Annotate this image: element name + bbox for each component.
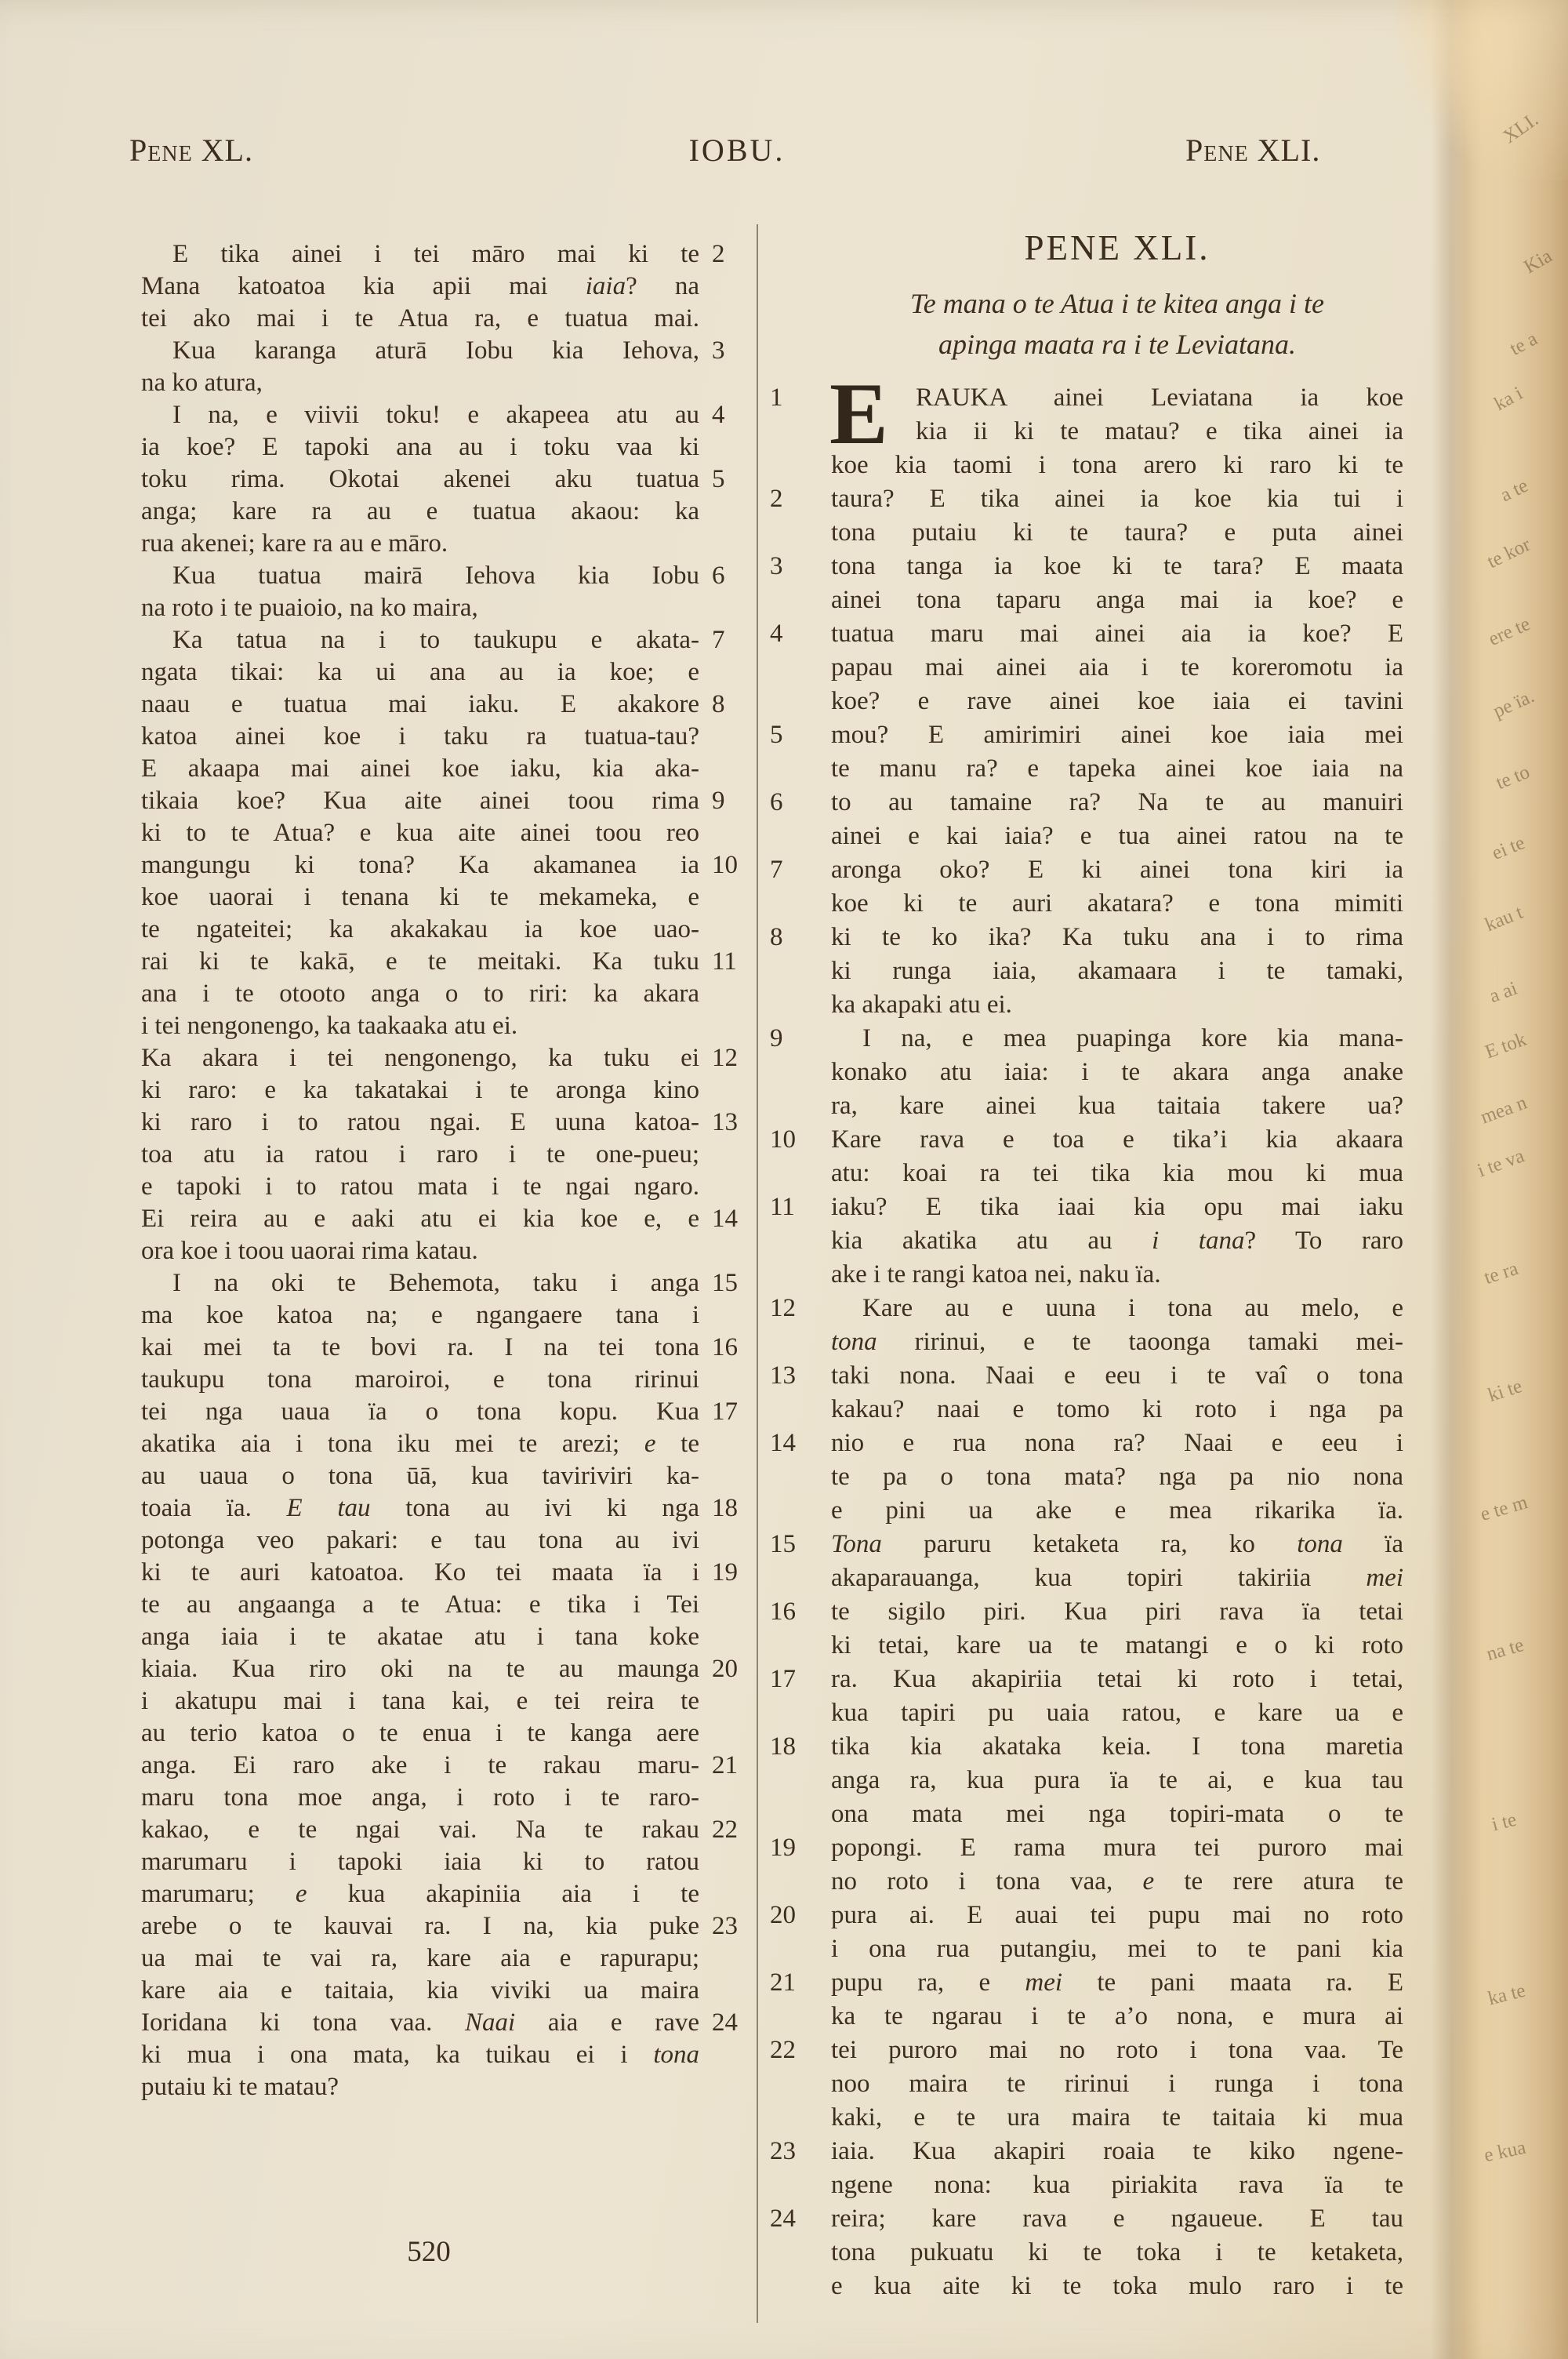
- verse-number: 14: [712, 1203, 756, 1235]
- line-text: kia ii ki te matau? e tika ainei ia: [916, 417, 1403, 445]
- line-text: ki tetai, kare ua te matangi e o ki roto: [831, 1631, 1403, 1659]
- line-text: ka akapaki atu ei.: [831, 990, 1012, 1019]
- line-text: e tapoki i to ratou mata i te ngai ngaro…: [141, 1172, 699, 1201]
- right-text-column: E RAUKA ainei Leviatana ia koe1kia ii ki…: [831, 381, 1403, 2303]
- line-text: Ioridana ki tona vaa. Naai aia e rave: [141, 2008, 699, 2037]
- text-line: ki te auri katoatoa. Ko tei maata ïa i19: [141, 1557, 699, 1589]
- text-line: anga. Ei raro ake i te rakau maru-21: [141, 1750, 699, 1782]
- line-text: ainei tona taparu anga mai ia koe? e: [831, 586, 1403, 614]
- text-line: katoa ainei koe i taku ra tuatua-tau?: [141, 721, 699, 753]
- verse-number: 5: [770, 718, 814, 752]
- text-line: ma koe katoa na; e ngangaere tana i: [141, 1299, 699, 1332]
- verse-number: 17: [712, 1396, 756, 1428]
- line-text: ki mua i ona mata, ka tuikau ei i tona: [141, 2041, 699, 2069]
- line-text: te manu ra? e tapeka ainei koe iaia na: [831, 754, 1403, 783]
- text-line: te pa o tona mata? nga pa nio nona: [831, 1460, 1403, 1494]
- verse-number: 14: [770, 1427, 814, 1460]
- left-text-column: E tika ainei i tei māro mai ki te2Mana k…: [141, 238, 699, 2103]
- line-text: ona mata mei nga topiri-mata o te: [831, 1800, 1403, 1828]
- line-text: tona ririnui, e te taoonga tamaki mei-: [831, 1328, 1403, 1356]
- line-text: na roto i te puaioio, na ko maira,: [141, 594, 478, 622]
- text-line: koe kia taomi i tona arero ki raro ki te: [831, 449, 1403, 482]
- verse-number: 1: [770, 381, 814, 415]
- text-line: i ona rua putangiu, mei to te pani kia: [831, 1932, 1403, 1966]
- line-text: akaparauanga, kua topiri takiriia mei: [831, 1564, 1403, 1592]
- text-line: koe uaorai i tenana ki te mekameka, e: [141, 881, 699, 914]
- line-text: tei ako mai i te Atua ra, e tuatua mai.: [141, 304, 699, 333]
- line-text: ra. Kua akapiriia tetai ki roto i tetai,: [831, 1665, 1403, 1693]
- text-line: ki tetai, kare ua te matangi e o ki roto: [831, 1629, 1403, 1663]
- text-line: E akaapa mai ainei koe iaku, kia aka-: [141, 753, 699, 785]
- line-text: naau e tuatua mai iaku. E akakore: [141, 690, 699, 718]
- line-text: to au tamaine ra? Na te au manuiri: [831, 788, 1403, 816]
- line-text: putaiu ki te matau?: [141, 2073, 339, 2101]
- line-text: taura? E tika ainei ia koe kia tui i: [831, 485, 1403, 513]
- line-text: na ko atura,: [141, 369, 263, 397]
- text-line: nio e rua nona ra? Naai e eeu i14: [831, 1427, 1403, 1460]
- line-text: tona putaiu ki te taura? e puta ainei: [831, 518, 1403, 547]
- line-text: mou? E amirimiri ainei koe iaia mei: [831, 721, 1403, 749]
- line-text: ua mai te vai ra, kare aia e rapurapu;: [141, 1944, 699, 1972]
- line-text: Kua karanga aturā Iobu kia Iehova,: [172, 336, 699, 365]
- text-line: tuatua maru mai ainei aia ia koe? E4: [831, 617, 1403, 651]
- line-text: Tona paruru ketaketa ra, ko tona ïa: [831, 1530, 1403, 1558]
- line-text: tikaia koe? Kua aite ainei toou rima: [141, 787, 699, 815]
- text-line: kai mei ta te bovi ra. I na tei tona16: [141, 1332, 699, 1364]
- verse-number: 7: [712, 624, 756, 656]
- line-text: tona tanga ia koe ki te tara? E maata: [831, 552, 1403, 580]
- line-text: kai mei ta te bovi ra. I na tei tona: [141, 1333, 699, 1361]
- line-text: Kare rava e toa e tika’i kia akaara: [831, 1125, 1403, 1154]
- text-line: ona mata mei nga topiri-mata o te: [831, 1797, 1403, 1831]
- text-line: Ei reira au e aaki atu ei kia koe e, e14: [141, 1203, 699, 1235]
- verse-number: 11: [712, 946, 756, 978]
- text-line: popongi. E rama mura tei puroro mai19: [831, 1831, 1403, 1865]
- text-line: mou? E amirimiri ainei koe iaia mei5: [831, 718, 1403, 752]
- text-line: Kare rava e toa e tika’i kia akaara10: [831, 1123, 1403, 1157]
- text-line: Tona paruru ketaketa ra, ko tona ïa15: [831, 1528, 1403, 1561]
- verse-number: 4: [770, 617, 814, 651]
- text-line: ki to te Atua? e kua aite ainei toou reo: [141, 817, 699, 849]
- text-line: ki te ko ika? Ka tuku ana i to rima8: [831, 921, 1403, 954]
- verse-number: 18: [770, 1730, 814, 1764]
- text-line: I na, e viivii toku! e akapeea atu au4: [141, 399, 699, 431]
- verse-number: 7: [770, 853, 814, 887]
- text-line: tona tanga ia koe ki te tara? E maata3: [831, 550, 1403, 583]
- text-line: Kua karanga aturā Iobu kia Iehova,3: [141, 335, 699, 367]
- text-line: tona putaiu ki te taura? e puta ainei: [831, 516, 1403, 550]
- text-line: taura? E tika ainei ia koe kia tui i2: [831, 482, 1403, 516]
- line-text: ra, kare ainei kua taitaia takere ua?: [831, 1092, 1403, 1120]
- verse-number: 22: [770, 2034, 814, 2067]
- line-text: tona pukuatu ki te toka i te ketaketa,: [831, 2238, 1403, 2266]
- text-line: kia akatika atu au i tana? To raro: [831, 1224, 1403, 1258]
- page-number: 520: [407, 2235, 451, 2269]
- line-text: ki to te Atua? e kua aite ainei toou reo: [141, 819, 699, 847]
- running-head-book-title: IOBU.: [689, 132, 786, 169]
- text-line: papau mai ainei aia i te koreromotu ia: [831, 651, 1403, 685]
- text-line: RAUKA ainei Leviatana ia koe1: [831, 381, 1403, 415]
- text-line: potonga veo pakari: e tau tona au ivi: [141, 1525, 699, 1557]
- text-line: anga; kare ra au e tuatua akaou: ka: [141, 496, 699, 528]
- verse-number: 8: [712, 689, 756, 721]
- text-line: kaki, e te ura maira te taitaia ki mua: [831, 2101, 1403, 2135]
- chapter-subtitle-line-2: apinga maata ra i te Leviatana.: [938, 328, 1296, 361]
- line-text: ora koe i toou uaorai rima katau.: [141, 1237, 478, 1265]
- line-text: iaia. Kua akapiri roaia te kiko ngene-: [831, 2137, 1403, 2165]
- text-line: ki mua i ona mata, ka tuikau ei i tona: [141, 2039, 699, 2071]
- text-line: ainei tona taparu anga mai ia koe? e: [831, 583, 1403, 617]
- verse-number: 24: [712, 2007, 756, 2039]
- verse-number: 13: [770, 1359, 814, 1393]
- line-text: koe uaorai i tenana ki te mekameka, e: [141, 883, 699, 911]
- text-line: E tika ainei i tei māro mai ki te2: [141, 238, 699, 271]
- text-line: ki runga iaia, akamaara i te tamaki,: [831, 954, 1403, 988]
- line-text: toku rima. Okotai akenei aku tuatua: [141, 465, 699, 493]
- line-text: katoa ainei koe i taku ra tuatua-tau?: [141, 722, 699, 751]
- running-head-left: Pene XL.: [129, 132, 253, 169]
- text-line: Mana katoatoa kia apii mai iaia? na: [141, 271, 699, 303]
- line-text: taki nona. Naai e eeu i te vaî o tona: [831, 1361, 1403, 1390]
- text-line: kia ii ki te matau? e tika ainei ia: [831, 415, 1403, 449]
- text-line: Ioridana ki tona vaa. Naai aia e rave24: [141, 2007, 699, 2039]
- text-line: ki raro: e ka takatakai i te aronga kino: [141, 1074, 699, 1107]
- text-line: tika kia akataka keia. I tona maretia18: [831, 1730, 1403, 1764]
- text-line: ngata tikai: ka ui ana au ia koe; e: [141, 656, 699, 689]
- text-line: ra. Kua akapiriia tetai ki roto i tetai,…: [831, 1663, 1403, 1696]
- text-line: konako atu iaia: i te akara anga anake: [831, 1056, 1403, 1089]
- line-text: tuatua maru mai ainei aia ia koe? E: [831, 620, 1403, 648]
- line-text: ma koe katoa na; e ngangaere tana i: [141, 1301, 699, 1329]
- text-line: tona ririnui, e te taoonga tamaki mei-: [831, 1325, 1403, 1359]
- text-line: pupu ra, e mei te pani maata ra. E21: [831, 1966, 1403, 2000]
- text-line: ainei e kai iaia? e tua ainei ratou na t…: [831, 820, 1403, 853]
- text-line: I na, e mea puapinga kore kia mana-9: [831, 1022, 1403, 1056]
- text-line: reira; kare rava e ngaueue. E tau24: [831, 2202, 1403, 2236]
- text-line: te ngateitei; ka akakakau ia koe uao-: [141, 914, 699, 946]
- line-text: noo maira te ririnui i runga i tona: [831, 2070, 1403, 2098]
- text-line: atu: koai ra tei tika kia mou ki mua: [831, 1157, 1403, 1190]
- line-text: ake i te rangi katoa nei, naku ïa.: [831, 1260, 1161, 1289]
- line-text: ngene nona: kua piriakita rava ïa te: [831, 2171, 1403, 2199]
- line-text: potonga veo pakari: e tau tona au ivi: [141, 1526, 699, 1554]
- verse-number: 19: [770, 1831, 814, 1865]
- line-text: akatika aia i tona iku mei te arezi; e t…: [141, 1430, 699, 1458]
- text-line: anga ra, kua pura ïa te ai, e kua tau: [831, 1764, 1403, 1797]
- verse-number: 4: [712, 399, 756, 431]
- line-text: papau mai ainei aia i te koreromotu ia: [831, 653, 1403, 682]
- verse-number: 10: [770, 1123, 814, 1157]
- text-line: e kua aite ki te toka mulo raro i te: [831, 2270, 1403, 2303]
- line-text: ana i te otooto anga o to riri: ka akara: [141, 980, 699, 1008]
- line-text: au terio katoa o te enua i te kanga aere: [141, 1719, 699, 1747]
- line-text: ainei e kai iaia? e tua ainei ratou na t…: [831, 822, 1403, 850]
- verse-number: 23: [712, 1910, 756, 1943]
- text-line: ra, kare ainei kua taitaia takere ua?: [831, 1089, 1403, 1123]
- text-line: te manu ra? e tapeka ainei koe iaia na: [831, 752, 1403, 786]
- line-text: I na oki te Behemota, taku i anga: [172, 1269, 699, 1297]
- verse-number: 20: [712, 1653, 756, 1685]
- text-line: akatika aia i tona iku mei te arezi; e t…: [141, 1428, 699, 1460]
- verse-number: 17: [770, 1663, 814, 1696]
- line-text: popongi. E rama mura tei puroro mai: [831, 1834, 1403, 1862]
- line-text: anga; kare ra au e tuatua akaou: ka: [141, 497, 699, 525]
- line-text: mangungu ki tona? Ka akamanea ia: [141, 851, 699, 879]
- line-text: kia akatika atu au i tana? To raro: [831, 1227, 1403, 1255]
- line-text: ki raro i to ratou ngai. E uuna katoa-: [141, 1108, 699, 1136]
- text-line: I na oki te Behemota, taku i anga15: [141, 1267, 699, 1299]
- line-text: atu: koai ra tei tika kia mou ki mua: [831, 1159, 1403, 1187]
- line-text: Ka akara i tei nengonengo, ka tuku ei: [141, 1044, 699, 1072]
- text-line: mangungu ki tona? Ka akamanea ia10: [141, 849, 699, 881]
- line-text: tei puroro mai no roto i tona vaa. Te: [831, 2036, 1403, 2064]
- text-line: tona pukuatu ki te toka i te ketaketa,: [831, 2236, 1403, 2270]
- verse-number: 2: [770, 482, 814, 516]
- line-text: anga iaia i te akatae atu i tana koke: [141, 1623, 699, 1651]
- line-text: reira; kare rava e ngaueue. E tau: [831, 2205, 1403, 2233]
- line-text: ki te ko ika? Ka tuku ana i to rima: [831, 923, 1403, 951]
- text-line: kakao, e te ngai vai. Na te rakau22: [141, 1814, 699, 1846]
- line-text: anga. Ei raro ake i te rakau maru-: [141, 1751, 699, 1779]
- text-line: no roto i tona vaa, e te rere atura te: [831, 1865, 1403, 1899]
- line-text: ki raro: e ka takatakai i te aronga kino: [141, 1076, 699, 1104]
- running-head-right: Pene XLI.: [1185, 132, 1320, 169]
- text-line: Ka akara i tei nengonengo, ka tuku ei12: [141, 1042, 699, 1074]
- text-line: noo maira te ririnui i runga i tona: [831, 2067, 1403, 2101]
- verse-number: 2: [712, 238, 756, 271]
- text-line: ana i te otooto anga o to riri: ka akara: [141, 978, 699, 1010]
- verse-number: 18: [712, 1492, 756, 1525]
- line-text: e kua aite ki te toka mulo raro i te: [831, 2272, 1403, 2300]
- verse-number: 12: [770, 1292, 814, 1325]
- verse-number: 16: [770, 1595, 814, 1629]
- line-text: kaki, e te ura maira te taitaia ki mua: [831, 2103, 1403, 2132]
- verse-number: 21: [712, 1750, 756, 1782]
- column-divider-rule: [757, 224, 758, 2323]
- text-line: tei ako mai i te Atua ra, e tuatua mai.: [141, 303, 699, 335]
- verse-number: 19: [712, 1557, 756, 1589]
- line-text: marumaru; e kua akapiniia aia i te: [141, 1880, 699, 1908]
- line-text: Ka tatua na i to taukupu e akata-: [172, 626, 699, 654]
- text-line: akaparauanga, kua topiri takiriia mei: [831, 1561, 1403, 1595]
- line-text: rua akenei; kare ra au e māro.: [141, 529, 448, 558]
- verse-number: 6: [712, 560, 756, 592]
- verse-number: 12: [712, 1042, 756, 1074]
- verse-number: 24: [770, 2202, 814, 2236]
- text-line: te sigilo piri. Kua piri rava ïa tetai16: [831, 1595, 1403, 1629]
- verse-number: 20: [770, 1899, 814, 1932]
- text-line: toku rima. Okotai akenei aku tuatua5: [141, 463, 699, 496]
- text-line: ka akapaki atu ei.: [831, 988, 1403, 1022]
- text-line: kua tapiri pu uaia ratou, e kare ua e: [831, 1696, 1403, 1730]
- text-line: tikaia koe? Kua aite ainei toou rima9: [141, 785, 699, 817]
- line-text: ka te ngarau i te a’o nona, e mura ai: [831, 2002, 1403, 2030]
- text-line: na ko atura,: [141, 367, 699, 399]
- text-line: kiaia. Kua riro oki na te au maunga20: [141, 1653, 699, 1685]
- verse-number: 5: [712, 463, 756, 496]
- line-text: i akatupu mai i tana kai, e tei reira te: [141, 1687, 699, 1715]
- line-text: Kare au e uuna i tona au melo, e: [862, 1294, 1403, 1322]
- text-line: ake i te rangi katoa nei, naku ïa.: [831, 1258, 1403, 1292]
- line-text: toa atu ia ratou i raro i te one-pueu;: [141, 1140, 699, 1169]
- text-line: ia koe? E tapoki ana au i toku vaa ki: [141, 431, 699, 463]
- verse-number: 9: [770, 1022, 814, 1056]
- line-text: au uaua o tona ūā, kua taviriviri ka-: [141, 1462, 699, 1490]
- verse-number: 3: [770, 550, 814, 583]
- text-line: Kua tuatua mairā Iehova kia Iobu6: [141, 560, 699, 592]
- text-line: marumaru i tapoki iaia ki to ratou: [141, 1846, 699, 1878]
- chapter-subtitle-line-1: Te mana o te Atua i te kitea anga i te: [910, 287, 1324, 320]
- line-text: Mana katoatoa kia apii mai iaia? na: [141, 272, 699, 300]
- text-line: naau e tuatua mai iaku. E akakore8: [141, 689, 699, 721]
- line-text: I na, e mea puapinga kore kia mana-: [862, 1024, 1403, 1052]
- text-line: Kare au e uuna i tona au melo, e12: [831, 1292, 1403, 1325]
- text-line: au terio katoa o te enua i te kanga aere: [141, 1717, 699, 1750]
- line-text: no roto i tona vaa, e te rere atura te: [831, 1867, 1403, 1896]
- verse-number: 9: [712, 785, 756, 817]
- text-line: ora koe i toou uaorai rima katau.: [141, 1235, 699, 1267]
- line-text: toaia ïa. E tau tona au ivi ki nga: [141, 1494, 699, 1522]
- line-text: taukupu tona maroiroi, e tona ririnui: [141, 1365, 699, 1394]
- line-text: I na, e viivii toku! e akapeea atu au: [172, 401, 699, 429]
- text-line: iaku? E tika iaai kia opu mai iaku11: [831, 1190, 1403, 1224]
- line-text: koe ki te auri akatara? e tona mimiti: [831, 889, 1403, 918]
- text-line: au uaua o tona ūā, kua taviriviri ka-: [141, 1460, 699, 1492]
- text-line: putaiu ki te matau?: [141, 2071, 699, 2103]
- line-text: i ona rua putangiu, mei to te pani kia: [831, 1935, 1403, 1963]
- verse-number: 11: [770, 1190, 814, 1224]
- line-text: konako atu iaia: i te akara anga anake: [831, 1058, 1403, 1086]
- line-text: ki runga iaia, akamaara i te tamaki,: [831, 957, 1403, 985]
- text-line: ki raro i to ratou ngai. E uuna katoa-13: [141, 1107, 699, 1139]
- line-text: koe? e rave ainei koe iaia ei tavini: [831, 687, 1403, 715]
- line-text: arebe o te kauvai ra. I na, kia puke: [141, 1912, 699, 1940]
- line-text: iaku? E tika iaai kia opu mai iaku: [831, 1193, 1403, 1221]
- text-line: to au tamaine ra? Na te au manuiri6: [831, 786, 1403, 820]
- text-line: taukupu tona maroiroi, e tona ririnui: [141, 1364, 699, 1396]
- line-text: te ngateitei; ka akakakau ia koe uao-: [141, 915, 699, 943]
- verse-number: 15: [712, 1267, 756, 1299]
- scanned-book-page: XLI.Kiate aka ia tete korere tepe ïa.te …: [0, 0, 1568, 2359]
- line-text: te sigilo piri. Kua piri rava ïa tetai: [831, 1598, 1403, 1626]
- line-text: E akaapa mai ainei koe iaku, kia aka-: [141, 754, 699, 783]
- verse-number: 15: [770, 1528, 814, 1561]
- line-text: E tika ainei i tei māro mai ki te: [172, 240, 699, 268]
- text-line: koe ki te auri akatara? e tona mimiti: [831, 887, 1403, 921]
- line-text: kakao, e te ngai vai. Na te rakau: [141, 1816, 699, 1844]
- line-text: Ei reira au e aaki atu ei kia koe e, e: [141, 1205, 699, 1233]
- text-line: na roto i te puaioio, na ko maira,: [141, 592, 699, 624]
- line-text: maru tona moe anga, i roto i te raro-: [141, 1783, 699, 1812]
- verse-number: 8: [770, 921, 814, 954]
- text-line: e pini ua ake e mea rikarika ïa.: [831, 1494, 1403, 1528]
- text-line: te au angaanga a te Atua: e tika i Tei: [141, 1589, 699, 1621]
- line-text: kakau? naai e tomo ki roto i nga pa: [831, 1395, 1403, 1423]
- line-text: e pini ua ake e mea rikarika ïa.: [831, 1496, 1403, 1525]
- text-line: tei nga uaua ïa o tona kopu. Kua17: [141, 1396, 699, 1428]
- text-line: ka te ngarau i te a’o nona, e mura ai: [831, 2000, 1403, 2034]
- text-line: tei puroro mai no roto i tona vaa. Te22: [831, 2034, 1403, 2067]
- text-line: kare aia e taitaia, kia viviki ua maira: [141, 1975, 699, 2007]
- text-line: rua akenei; kare ra au e māro.: [141, 528, 699, 560]
- text-line: e tapoki i to ratou mata i te ngai ngaro…: [141, 1171, 699, 1203]
- line-text: anga ra, kua pura ïa te ai, e kua tau: [831, 1766, 1403, 1794]
- line-text: pupu ra, e mei te pani maata ra. E: [831, 1968, 1403, 1997]
- verse-number: 16: [712, 1332, 756, 1364]
- text-line: koe? e rave ainei koe iaia ei tavini: [831, 685, 1403, 718]
- text-line: i tei nengonengo, ka taakaaka atu ei.: [141, 1010, 699, 1042]
- text-line: Ka tatua na i to taukupu e akata-7: [141, 624, 699, 656]
- line-text: te pa o tona mata? nga pa nio nona: [831, 1463, 1403, 1491]
- line-text: rai ki te kakā, e te meitaki. Ka tuku: [141, 947, 699, 976]
- line-text: te au angaanga a te Atua: e tika i Tei: [141, 1590, 699, 1619]
- page-curl-corner: [1396, 0, 1568, 180]
- line-text: nio e rua nona ra? Naai e eeu i: [831, 1429, 1403, 1457]
- text-line: ngene nona: kua piriakita rava ïa te: [831, 2168, 1403, 2202]
- line-text: tei nga uaua ïa o tona kopu. Kua: [141, 1398, 699, 1426]
- verse-number: 6: [770, 786, 814, 820]
- line-text: i tei nengonengo, ka taakaaka atu ei.: [141, 1012, 517, 1040]
- text-line: marumaru; e kua akapiniia aia i te: [141, 1878, 699, 1910]
- text-line: pura ai. E auai tei pupu mai no roto20: [831, 1899, 1403, 1932]
- text-line: arebe o te kauvai ra. I na, kia puke23: [141, 1910, 699, 1943]
- line-text: tika kia akataka keia. I tona maretia: [831, 1732, 1403, 1761]
- verse-number: 3: [712, 335, 756, 367]
- line-text: RAUKA ainei Leviatana ia koe: [916, 383, 1403, 412]
- text-line: i akatupu mai i tana kai, e tei reira te: [141, 1685, 699, 1717]
- verse-number: 23: [770, 2135, 814, 2168]
- text-line: ua mai te vai ra, kare aia e rapurapu;: [141, 1943, 699, 1975]
- text-line: rai ki te kakā, e te meitaki. Ka tuku11: [141, 946, 699, 978]
- line-text: kare aia e taitaia, kia viviki ua maira: [141, 1976, 699, 2005]
- verse-number: 10: [712, 849, 756, 881]
- chapter-heading: PENE XLI.: [1025, 227, 1210, 268]
- line-text: kua tapiri pu uaia ratou, e kare ua e: [831, 1699, 1403, 1727]
- text-line: aronga oko? E ki ainei tona kiri ia7: [831, 853, 1403, 887]
- verse-number: 13: [712, 1107, 756, 1139]
- line-text: Kua tuatua mairā Iehova kia Iobu: [172, 562, 699, 590]
- text-line: kakau? naai e tomo ki roto i nga pa: [831, 1393, 1403, 1427]
- text-line: toa atu ia ratou i raro i te one-pueu;: [141, 1139, 699, 1171]
- text-line: toaia ïa. E tau tona au ivi ki nga18: [141, 1492, 699, 1525]
- line-text: koe kia taomi i tona arero ki raro ki te: [831, 451, 1403, 479]
- line-text: aronga oko? E ki ainei tona kiri ia: [831, 856, 1403, 884]
- verse-number: 21: [770, 1966, 814, 2000]
- text-line: maru tona moe anga, i roto i te raro-: [141, 1782, 699, 1814]
- text-line: anga iaia i te akatae atu i tana koke: [141, 1621, 699, 1653]
- line-text: pura ai. E auai tei pupu mai no roto: [831, 1901, 1403, 1929]
- text-line: iaia. Kua akapiri roaia te kiko ngene-23: [831, 2135, 1403, 2168]
- line-text: ia koe? E tapoki ana au i toku vaa ki: [141, 433, 699, 461]
- line-text: ki te auri katoatoa. Ko tei maata ïa i: [141, 1558, 699, 1587]
- line-text: kiaia. Kua riro oki na te au maunga: [141, 1655, 699, 1683]
- text-line: taki nona. Naai e eeu i te vaî o tona13: [831, 1359, 1403, 1393]
- line-text: ngata tikai: ka ui ana au ia koe; e: [141, 658, 699, 686]
- line-text: marumaru i tapoki iaia ki to ratou: [141, 1848, 699, 1876]
- verse-number: 22: [712, 1814, 756, 1846]
